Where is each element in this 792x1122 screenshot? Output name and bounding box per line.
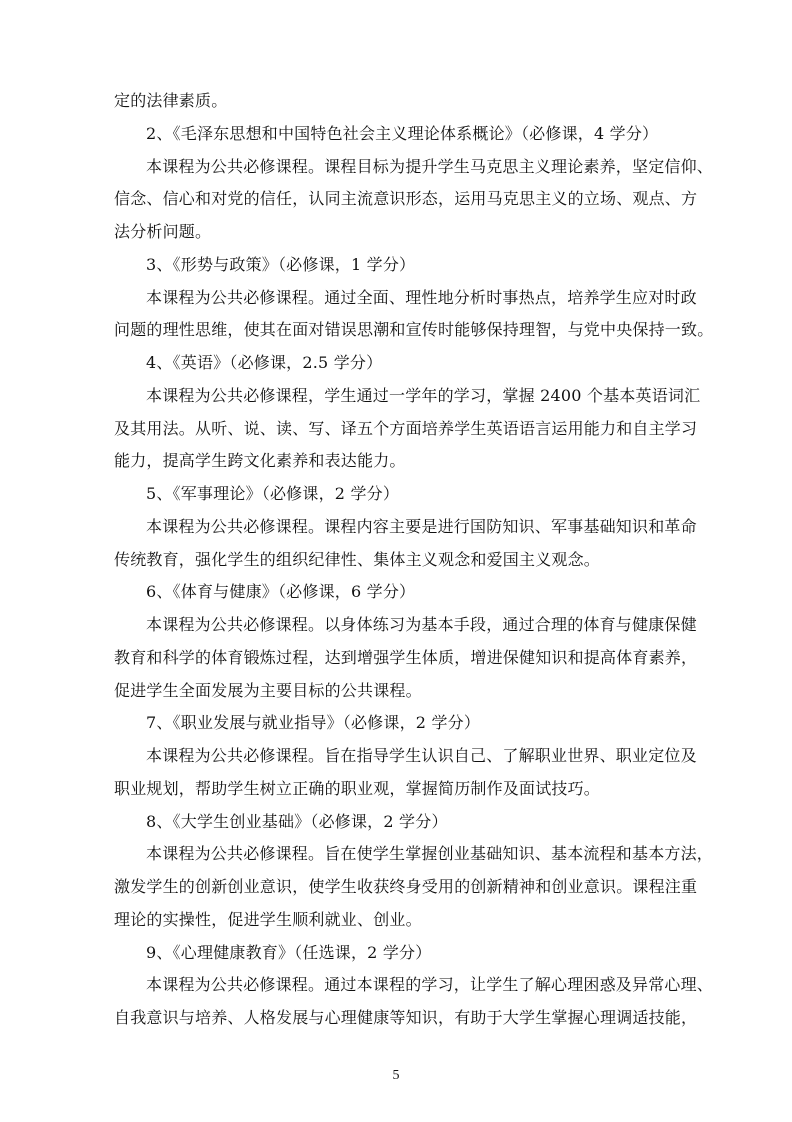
- text-line: 促进学生全面发展为主要目标的公共课程。: [114, 675, 680, 708]
- page-number: 5: [0, 1068, 792, 1084]
- text-line: 法分析问题。: [114, 216, 680, 249]
- course-heading: 2、《毛泽东思想和中国特色社会主义理论体系概论》（必修课，4 学分）: [114, 118, 680, 151]
- text-line: 本课程为公共必修课程。以身体练习为基本手段，通过合理的体育与健康保健: [114, 609, 680, 642]
- text-line: 传统教育，强化学生的组织纪律性、集体主义观念和爱国主义观念。: [114, 544, 680, 577]
- course-heading: 8、《大学生创业基础》（必修课，2 学分）: [114, 806, 680, 839]
- course-heading: 5、《军事理论》（必修课，2 学分）: [114, 478, 680, 511]
- course-heading: 4、《英语》（必修课，2.5 学分）: [114, 347, 680, 380]
- text-line: 自我意识与培养、人格发展与心理健康等知识，有助于大学生掌握心理调适技能，: [114, 1002, 680, 1035]
- text-line: 本课程为公共必修课程。课程目标为提升学生马克思主义理论素养，坚定信仰、: [114, 151, 680, 184]
- text-line: 本课程为公共必修课程，学生通过一学年的学习，掌握 2400 个基本英语词汇: [114, 380, 680, 413]
- document-page: 定的法律素质。2、《毛泽东思想和中国特色社会主义理论体系概论》（必修课，4 学分…: [0, 0, 792, 1122]
- course-heading: 7、《职业发展与就业指导》（必修课，2 学分）: [114, 707, 680, 740]
- text-line: 本课程为公共必修课程。通过全面、理性地分析时事热点，培养学生应对时政: [114, 282, 680, 315]
- text-line: 信念、信心和对党的信任，认同主流意识形态，运用马克思主义的立场、观点、方: [114, 183, 680, 216]
- text-line: 激发学生的创新创业意识，使学生收获终身受用的创新精神和创业意识。课程注重: [114, 871, 680, 904]
- text-line: 能力，提高学生跨文化素养和表达能力。: [114, 445, 680, 478]
- text-line: 定的法律素质。: [114, 85, 680, 118]
- course-heading: 9、《心理健康教育》（任选课，2 学分）: [114, 937, 680, 970]
- course-heading: 6、《体育与健康》（必修课，6 学分）: [114, 576, 680, 609]
- text-line: 本课程为公共必修课程。旨在使学生掌握创业基础知识、基本流程和基本方法，: [114, 838, 680, 871]
- text-line: 及其用法。从听、说、读、写、译五个方面培养学生英语语言运用能力和自主学习: [114, 413, 680, 446]
- text-line: 本课程为公共必修课程。旨在指导学生认识自己、了解职业世界、职业定位及: [114, 740, 680, 773]
- course-heading: 3、《形势与政策》（必修课，1 学分）: [114, 249, 680, 282]
- text-line: 职业规划，帮助学生树立正确的职业观，掌握简历制作及面试技巧。: [114, 773, 680, 806]
- text-line: 教育和科学的体育锻炼过程，达到增强学生体质，增进保健知识和提高体育素养，: [114, 642, 680, 675]
- text-line: 本课程为公共必修课程。课程内容主要是进行国防知识、军事基础知识和革命: [114, 511, 680, 544]
- text-line: 理论的实操性，促进学生顺利就业、创业。: [114, 904, 680, 937]
- page-body: 定的法律素质。2、《毛泽东思想和中国特色社会主义理论体系概论》（必修课，4 学分…: [114, 85, 680, 1035]
- text-line: 本课程为公共必修课程。通过本课程的学习，让学生了解心理困惑及异常心理、: [114, 969, 680, 1002]
- text-line: 问题的理性思维，使其在面对错误思潮和宣传时能够保持理智，与党中央保持一致。: [114, 314, 680, 347]
